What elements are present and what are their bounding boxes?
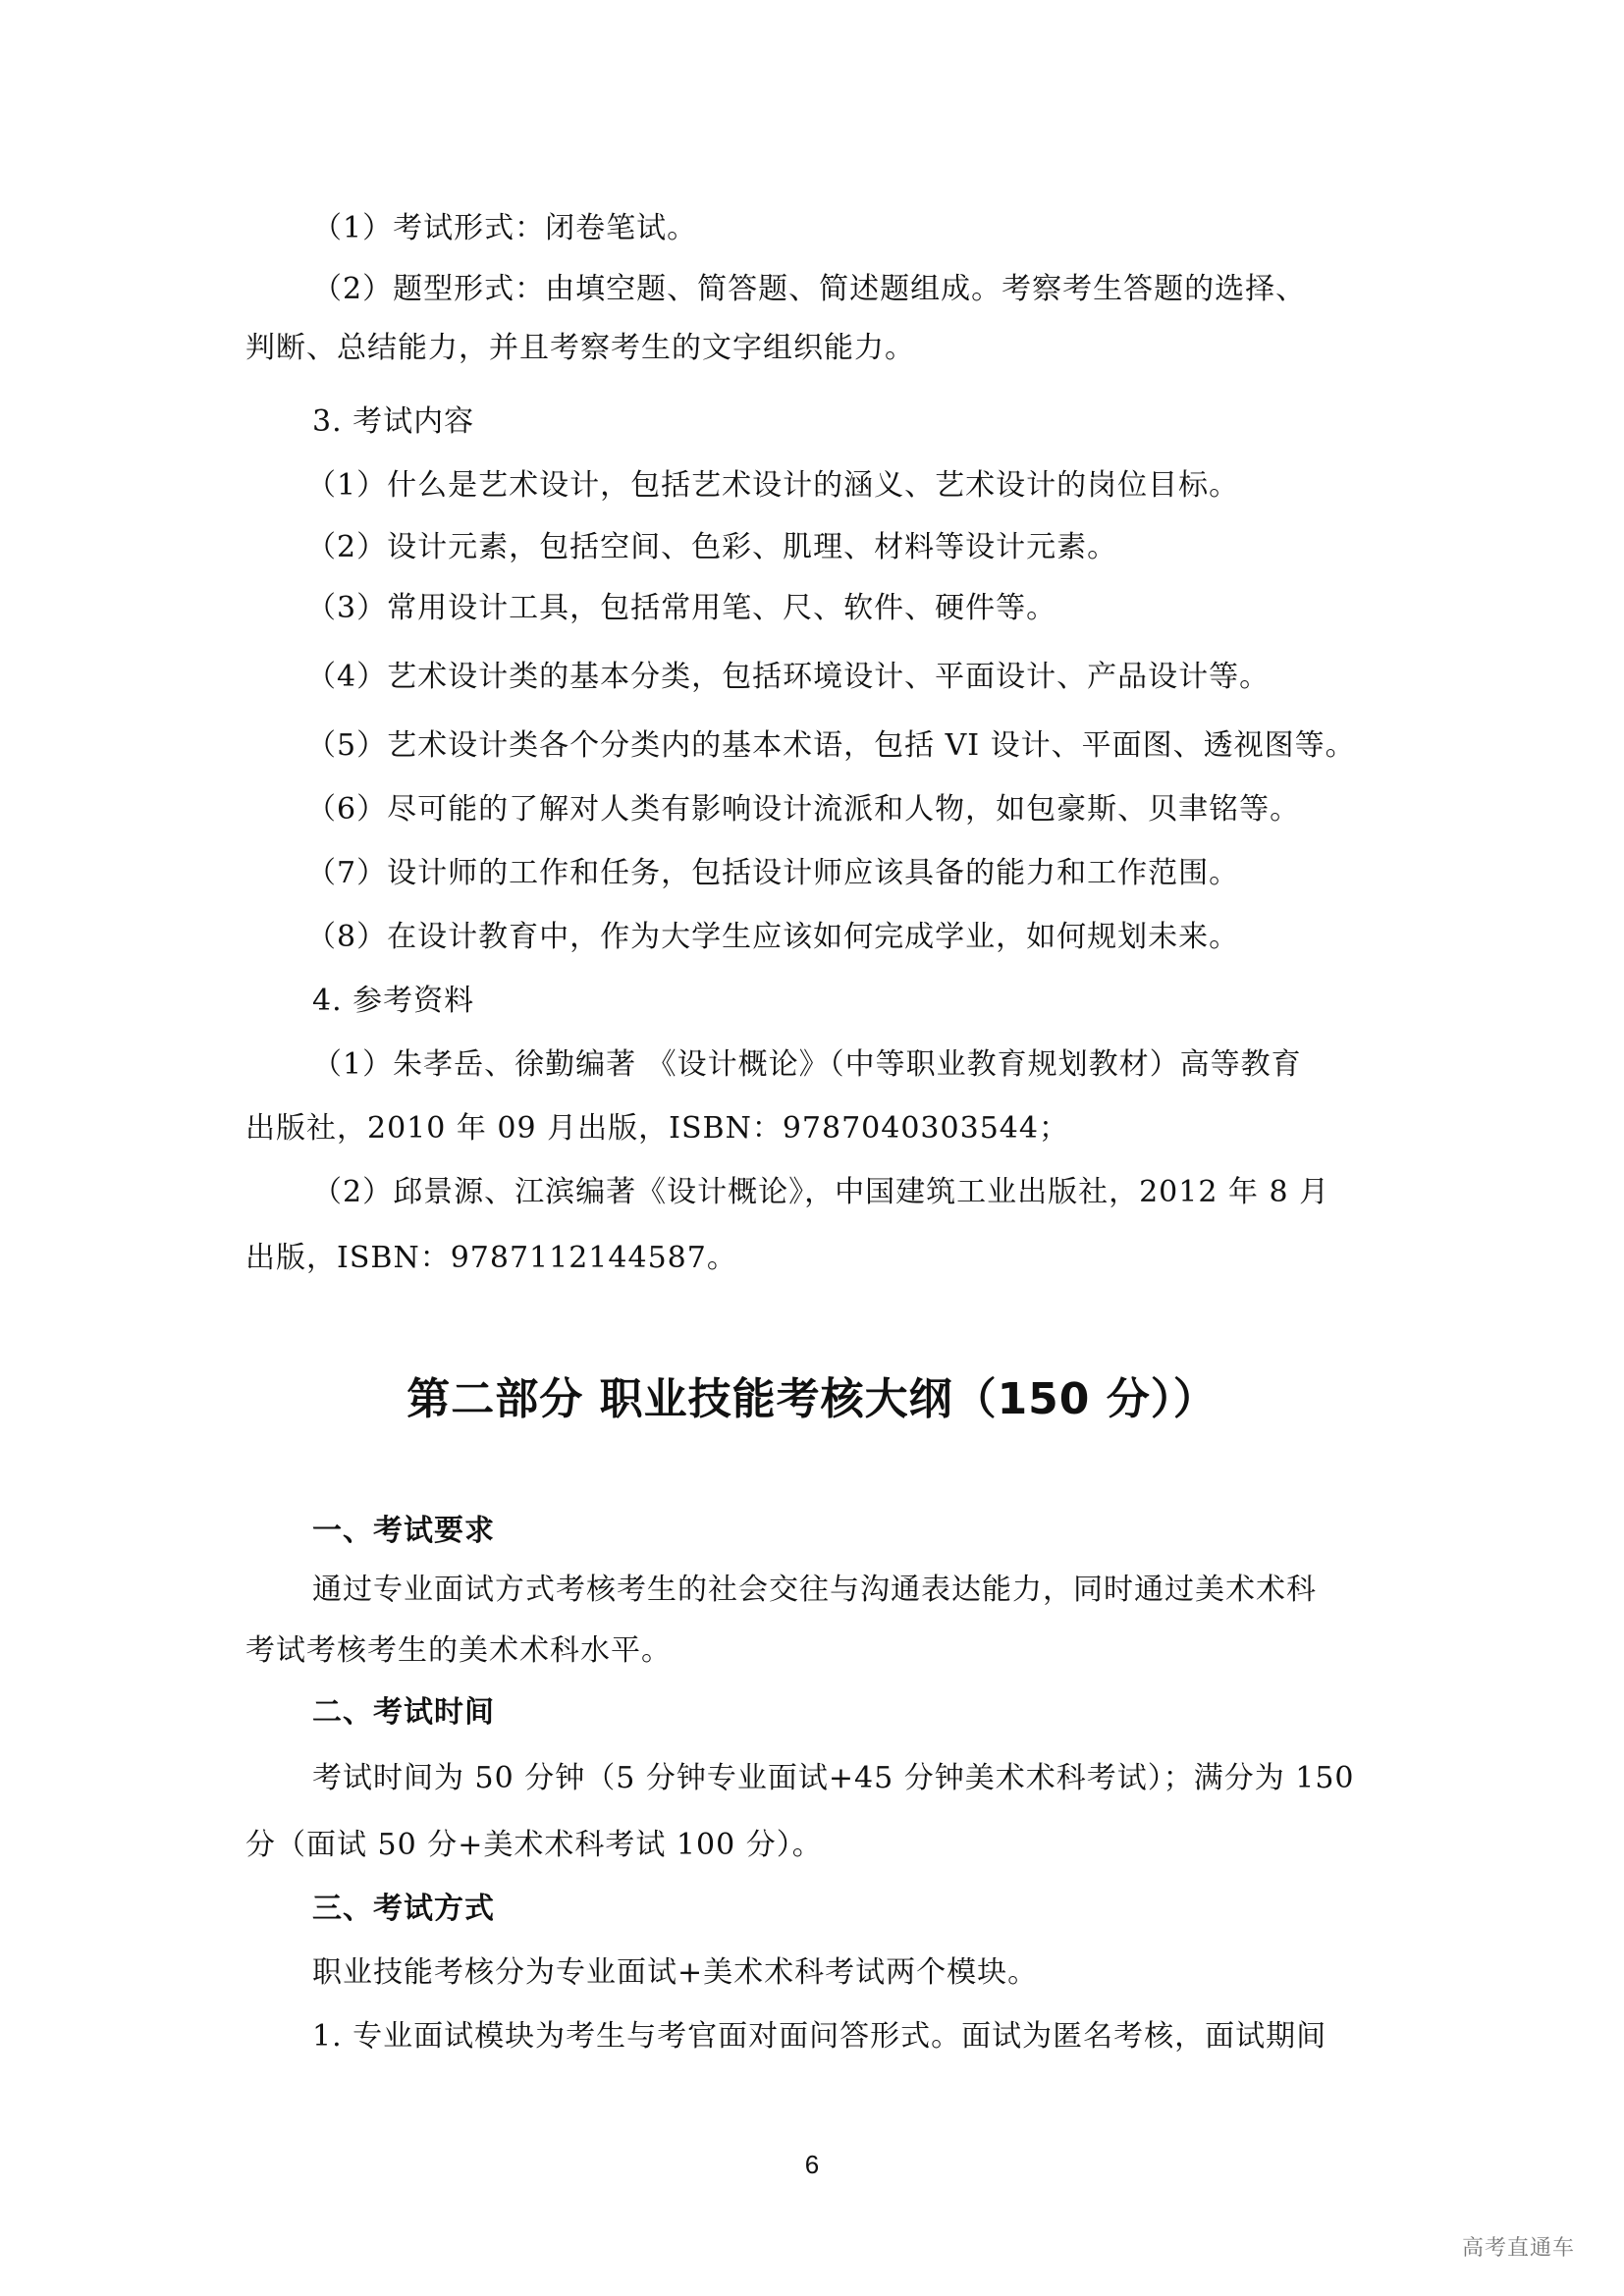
question-type-line-cont: 判断、总结能力，并且考察考生的文字组织能力。 [245, 329, 915, 368]
content-item-6: （6）尽可能的了解对人类有影响设计流派和人物，如包豪斯、贝聿铭等。 [306, 790, 1300, 829]
reference-1: （1）朱孝岳、徐勤编著 《设计概论》（中等职业教育规划教材）高等教育 [312, 1045, 1302, 1085]
time-text: 考试时间为 50 分钟（5 分钟专业面试+45 分钟美术术科考试）；满分为 15… [312, 1759, 1355, 1798]
heading-exam-requirements: 一、考试要求 [312, 1512, 495, 1551]
page-number: 6 [0, 2150, 1624, 2180]
watermark: 高考直通车 [1462, 2231, 1575, 2262]
content-item-4: （4）艺术设计类的基本分类，包括环境设计、平面设计、产品设计等。 [306, 658, 1270, 697]
requirements-text: 通过专业面试方式考核考生的社会交往与沟通表达能力，同时通过美术术科 [312, 1571, 1317, 1610]
method-item-1: 1. 专业面试模块为考生与考官面对面问答形式。面试为匿名考核，面试期间 [312, 2017, 1326, 2056]
heading-exam-method: 三、考试方式 [312, 1890, 495, 1929]
part2-title: 第二部分 职业技能考核大纲（150 分）） [0, 1372, 1624, 1427]
content-item-5: （5）艺术设计类各个分类内的基本术语，包括 VI 设计、平面图、透视图等。 [306, 726, 1356, 766]
content-item-1: （1）什么是艺术设计，包括艺术设计的涵义、艺术设计的岗位目标。 [306, 466, 1239, 506]
exam-content-heading: 3. 考试内容 [312, 402, 474, 442]
time-text-cont: 分（面试 50 分+美术术科考试 100 分）。 [245, 1826, 823, 1865]
content-item-8: （8）在设计教育中，作为大学生应该如何完成学业，如何规划未来。 [306, 918, 1239, 957]
exam-format-line: （1）考试形式：闭卷笔试。 [312, 209, 697, 248]
reference-1-cont: 出版社，2010 年 09 月出版，ISBN：9787040303544； [245, 1109, 1069, 1148]
method-text: 职业技能考核分为专业面试+美术术科考试两个模块。 [312, 1953, 1038, 1993]
content-item-3: （3）常用设计工具，包括常用笔、尺、软件、硬件等。 [306, 589, 1056, 628]
content-item-2: （2）设计元素，包括空间、色彩、肌理、材料等设计元素。 [306, 528, 1117, 567]
heading-exam-time: 二、考试时间 [312, 1693, 495, 1733]
reference-2: （2）邱景源、江滨编著《设计概论》，中国建筑工业出版社，2012 年 8 月 [312, 1173, 1329, 1212]
references-heading: 4. 参考资料 [312, 982, 474, 1021]
content-item-7: （7）设计师的工作和任务，包括设计师应该具备的能力和工作范围。 [306, 854, 1239, 893]
question-type-line: （2）题型形式：由填空题、简答题、简述题组成。考察考生答题的选择、 [312, 270, 1306, 309]
reference-2-cont: 出版，ISBN：9787112144587。 [245, 1239, 737, 1278]
requirements-text-cont: 考试考核考生的美术术科水平。 [245, 1631, 672, 1671]
